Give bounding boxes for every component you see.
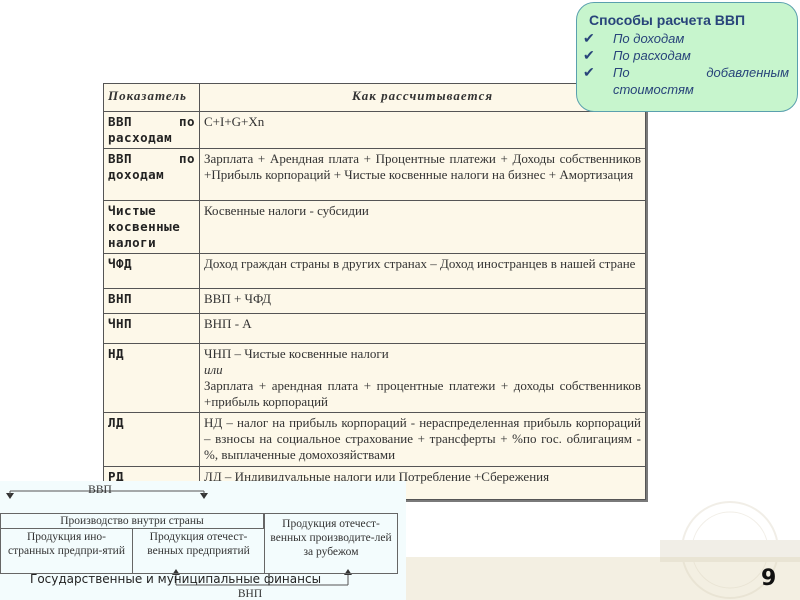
- indicator-cell: ЧФД: [104, 254, 200, 289]
- table-row: ЧНП ВНП - А: [104, 314, 646, 344]
- table-row: ЛД НД – налог на прибыль корпораций - не…: [104, 413, 646, 467]
- table-row: ВВП по доходам Зарплата + Арендная плата…: [104, 149, 646, 201]
- indicator-cell: ВВП по доходам: [104, 149, 200, 201]
- method-item: ✔По добавленным стоимостям: [583, 64, 789, 98]
- table-row: ВНП ВВП + ЧФД: [104, 289, 646, 314]
- table-row: ЧФД Доход граждан страны в других страна…: [104, 254, 646, 289]
- formula-cell: Косвенные налоги - субсидии: [200, 201, 646, 254]
- indicator-cell: ЛД: [104, 413, 200, 467]
- formula-cell: Зарплата + Арендная плата + Процентные п…: [200, 149, 646, 201]
- check-icon: ✔: [583, 30, 595, 47]
- indicator-cell: ВВП по расходам: [104, 112, 200, 149]
- gdp-calculation-table: Показатель Как рассчитывается ВВП по рас…: [103, 83, 646, 500]
- table-row: Чистые косвенные налоги Косвенные налоги…: [104, 201, 646, 254]
- gnp-label: ВНП: [220, 587, 280, 600]
- indicator-cell: НД: [104, 344, 200, 413]
- indicator-cell: ЧНП: [104, 314, 200, 344]
- table-row: НД ЧНП – Чистые косвенные налоги или Зар…: [104, 344, 646, 413]
- domestic-production-label: Производство внутри страны: [0, 514, 264, 528]
- check-icon: ✔: [583, 47, 595, 64]
- formula-line: ЧНП – Чистые косвенные налоги: [204, 346, 641, 362]
- method-label: По добавленным стоимостям: [613, 65, 789, 97]
- page-number: 9: [761, 566, 776, 591]
- formula-cell: Доход граждан страны в других странах – …: [200, 254, 646, 289]
- course-title: Государственные и муниципальные финансы: [30, 572, 321, 586]
- formula-cell: ВНП - А: [200, 314, 646, 344]
- formula-cell: ВВП + ЧФД: [200, 289, 646, 314]
- domestic-firms-label: Продукция отечест-венных предприятий: [138, 530, 259, 558]
- header-indicator: Показатель: [104, 84, 200, 112]
- university-seal-logo: [660, 490, 800, 600]
- foreign-firms-label: Продукция ино-странных предпри-ятий: [4, 530, 129, 558]
- table-row: ВВП по расходам C+I+G+Xn: [104, 112, 646, 149]
- callout-title: Способы расчета ВВП: [589, 12, 745, 28]
- abroad-label: Продукция отечест-венных производите-лей…: [268, 517, 394, 559]
- method-item: ✔По расходам: [583, 47, 789, 64]
- gdp-label: ВВП: [70, 483, 130, 497]
- formula-or: или: [204, 362, 641, 378]
- check-icon: ✔: [583, 64, 595, 81]
- indicator-cell: Чистые косвенные налоги: [104, 201, 200, 254]
- method-label: По расходам: [613, 48, 691, 63]
- methods-list: ✔По доходам ✔По расходам ✔По добавленным…: [583, 30, 789, 98]
- formula-cell: C+I+G+Xn: [200, 112, 646, 149]
- table-header-row: Показатель Как рассчитывается: [104, 84, 646, 112]
- method-label: По доходам: [613, 31, 684, 46]
- indicator-cell: ВНП: [104, 289, 200, 314]
- formula-cell: ЧНП – Чистые косвенные налоги или Зарпла…: [200, 344, 646, 413]
- method-item: ✔По доходам: [583, 30, 789, 47]
- formula-cell: НД – налог на прибыль корпораций - нерас…: [200, 413, 646, 467]
- formula-line: Зарплата + арендная плата + процентные п…: [204, 378, 641, 410]
- calculation-methods-callout: Способы расчета ВВП ✔По доходам ✔По расх…: [576, 2, 798, 112]
